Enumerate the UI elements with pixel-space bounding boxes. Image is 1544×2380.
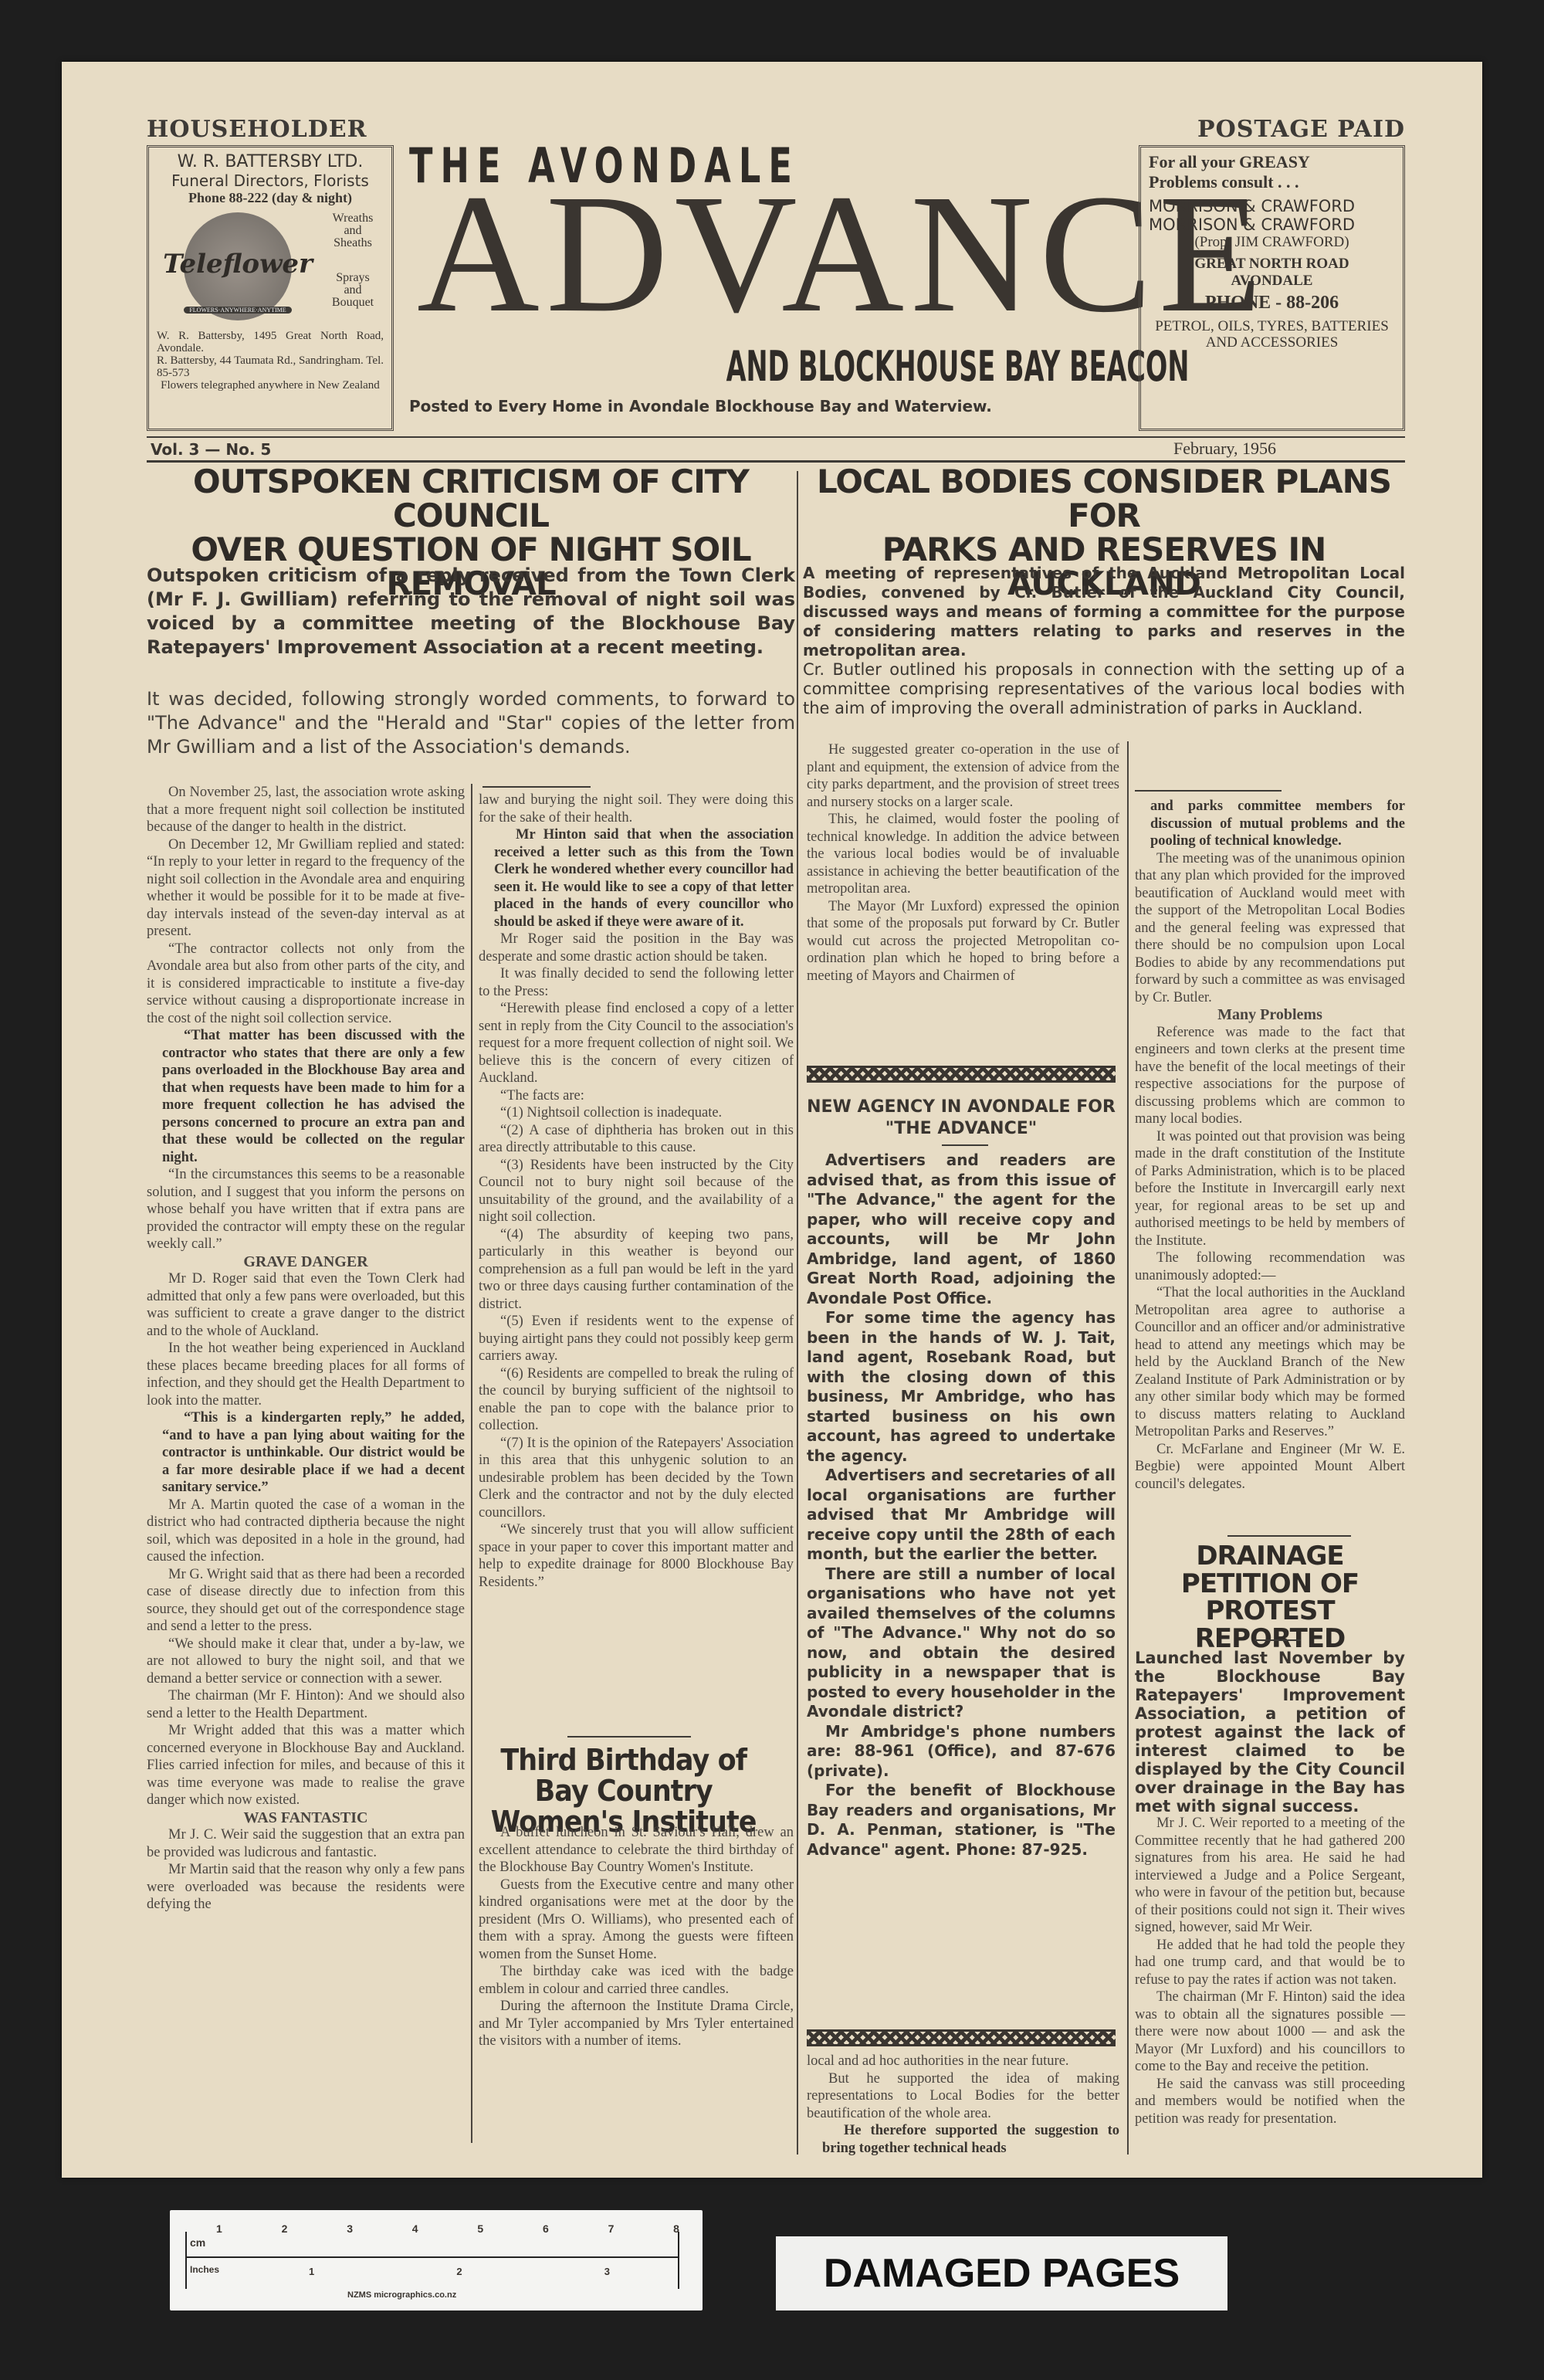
paragraph: Advertisers and secretaries of all local… bbox=[807, 1466, 1116, 1565]
paragraph: “We should make it clear that, under a b… bbox=[147, 1636, 465, 1688]
paragraph: But he supported the idea of making repr… bbox=[807, 2070, 1119, 2123]
paragraph: For the benefit of Blockhouse Bay reader… bbox=[807, 1781, 1116, 1860]
paragraph: There are still a number of local organi… bbox=[807, 1565, 1116, 1722]
ad-address-2: R. Battersby, 44 Taumata Rd., Sandringha… bbox=[157, 354, 384, 379]
paragraph: “(6) Residents are compelled to break th… bbox=[479, 1365, 794, 1435]
ad-r-name2: MORRISON & CRAWFORD bbox=[1149, 215, 1395, 234]
tagline: Posted to Every Home in Avondale Blockho… bbox=[409, 397, 992, 415]
paragraph: Mr D. Roger said that even the Town Cler… bbox=[147, 1270, 465, 1340]
postage-paid-label: POSTAGE PAID bbox=[1197, 116, 1405, 143]
newspaper-page: HOUSEHOLDER POSTAGE PAID W. R. BATTERSBY… bbox=[62, 62, 1482, 2178]
paragraph: For some time the agency has been in the… bbox=[807, 1308, 1116, 1466]
paragraph: “The facts are: bbox=[479, 1087, 794, 1105]
paragraph: “We sincerely trust that you will allow … bbox=[479, 1521, 794, 1591]
ruler-inch-label: Inches bbox=[190, 2264, 219, 2275]
battersby-ad: W. R. BATTERSBY LTD. Funeral Directors, … bbox=[147, 145, 394, 431]
zigzag-divider-top bbox=[807, 1066, 1116, 1083]
paragraph: “(7) It is the opinion of the Ratepayers… bbox=[479, 1435, 794, 1522]
ad-r-name1: MORRISON & CRAWFORD bbox=[1149, 197, 1395, 215]
paragraph: Mr A. Martin quoted the case of a woman … bbox=[147, 1497, 465, 1566]
ad-r-road: GREAT NORTH ROAD bbox=[1149, 256, 1395, 273]
article1-column1: On November 25, last, the association wr… bbox=[147, 784, 465, 1914]
paragraph: This, he claimed, would foster the pooli… bbox=[807, 811, 1119, 898]
ad-company: W. R. BATTERSBY LTD. bbox=[157, 152, 384, 171]
paragraph: Cr. McFarlane and Engineer (Mr W. E. Beg… bbox=[1135, 1441, 1405, 1493]
paragraph: local and ad hoc authorities in the near… bbox=[807, 2053, 1119, 2070]
ruler-cm-ticks: 12345678 bbox=[216, 2222, 679, 2235]
paragraph: Mr Martin said that the reason why only … bbox=[147, 1861, 465, 1914]
paragraph: “(5) Even if residents went to the expen… bbox=[479, 1313, 794, 1365]
paragraph: The chairman (Mr F. Hinton) said the ide… bbox=[1135, 1988, 1405, 2076]
title-sub: AND BLOCKHOUSE BAY BEACON bbox=[726, 342, 1189, 391]
article2-lead: A meeting of representatives of the Auck… bbox=[803, 564, 1405, 660]
paragraph: Mr J. C. Weir said the suggestion that a… bbox=[147, 1826, 465, 1861]
paragraph: Mr J. C. Weir reported to a meeting of t… bbox=[1135, 1815, 1405, 1937]
paragraph: “Herewith please find enclosed a copy of… bbox=[479, 1000, 794, 1087]
ruler-cm-label: cm bbox=[190, 2236, 205, 2249]
paragraph: Reference was made to the fact that engi… bbox=[1135, 1024, 1405, 1128]
teleflower-ribbon: FLOWERS·ANYWHERE·ANYTIME bbox=[184, 307, 292, 314]
ad-phone: Phone 88-222 (day & night) bbox=[157, 190, 384, 206]
ad-address-1: W. R. Battersby, 1495 Great North Road, … bbox=[157, 330, 384, 354]
paragraph: The following recommendation was unanimo… bbox=[1135, 1249, 1405, 1284]
paragraph: “(3) Residents have been instructed by t… bbox=[479, 1157, 794, 1226]
masthead: THE AVONDALE ADVANCE AND BLOCKHOUSE BAY … bbox=[401, 137, 1189, 431]
subhead-was-fantastic: WAS FANTASTIC bbox=[147, 1809, 465, 1827]
paragraph: It was pointed out that provision was be… bbox=[1135, 1128, 1405, 1250]
damaged-pages-label: DAMAGED PAGES bbox=[776, 2236, 1227, 2310]
ruler-brand: NZMS micrographics.co.nz bbox=[347, 2290, 456, 2300]
paragraph: On December 12, Mr Gwilliam replied and … bbox=[147, 836, 465, 941]
paragraph: During the afternoon the Institute Drama… bbox=[479, 1998, 794, 2050]
notice-headline: NEW AGENCY IN AVONDALE FOR "THE ADVANCE" bbox=[807, 1097, 1116, 1140]
paragraph-bold: and parks committee members for discussi… bbox=[1150, 798, 1405, 850]
scale-ruler: cm Inches 12345678 123 NZMS micrographic… bbox=[170, 2210, 703, 2310]
paragraph: “That the local authorities in the Auckl… bbox=[1135, 1284, 1405, 1441]
ad-r-phone: PHONE - 88-206 bbox=[1149, 293, 1395, 314]
article1-lead: Outspoken criticism of a reply received … bbox=[147, 564, 795, 659]
ad-r-prop: (Prop: JIM CRAWFORD) bbox=[1149, 234, 1395, 251]
ad-r-line1: For all your GREASY bbox=[1149, 152, 1395, 172]
notice-body: Advertisers and readers are advised that… bbox=[807, 1151, 1116, 1860]
article3-body: Mr J. C. Weir reported to a meeting of t… bbox=[1135, 1815, 1405, 2127]
paragraph: “(2) A case of diphtheria has broken out… bbox=[479, 1122, 794, 1157]
article2-headline-1: LOCAL BODIES CONSIDER PLANS FOR bbox=[803, 465, 1405, 533]
paragraph: “In the circumstances this seems to be a… bbox=[147, 1166, 465, 1253]
teleflower-logo-text: Teleflower bbox=[161, 249, 315, 280]
article1-headline-1: OUTSPOKEN CRITICISM OF CITY COUNCIL bbox=[147, 465, 795, 533]
paragraph: “(4) The absurdity of keeping two pans, … bbox=[479, 1226, 794, 1314]
article1-column2: law and burying the night soil. They wer… bbox=[479, 792, 794, 1591]
ad-footer: Flowers telegraphed anywhere in New Zeal… bbox=[157, 379, 384, 392]
paragraph-bold: Mr Hinton said that when the association… bbox=[494, 826, 794, 931]
article3-lead: Launched last November by the Blockhouse… bbox=[1135, 1649, 1405, 1816]
paragraph: He said the canvass was still proceeding… bbox=[1135, 2076, 1405, 2128]
paragraph-bold: He therefore supported the suggestion to… bbox=[822, 2122, 1119, 2157]
paragraph: Mr G. Wright said that as there had been… bbox=[147, 1566, 465, 1636]
article3-headline-2: PROTEST REPORTED bbox=[1135, 1598, 1405, 1653]
ad-r-line2: Problems consult . . . bbox=[1149, 172, 1395, 192]
volume-number: Vol. 3 — No. 5 bbox=[151, 440, 271, 459]
paragraph: In the hot weather being experienced in … bbox=[147, 1340, 465, 1409]
paragraph: A buffet luncheon in St. Saviour's Hall,… bbox=[479, 1824, 794, 1877]
article1-lead2: It was decided, following strongly worde… bbox=[147, 687, 795, 759]
morrison-crawford-ad: For all your GREASY Problems consult . .… bbox=[1139, 145, 1405, 431]
article2-column4: and parks committee members for discussi… bbox=[1135, 798, 1405, 1493]
article2-column3-continued: local and ad hoc authorities in the near… bbox=[807, 2053, 1119, 2157]
issue-date: February, 1956 bbox=[1173, 439, 1276, 459]
paragraph: He suggested greater co-operation in the… bbox=[807, 741, 1119, 811]
ad-items-wreaths: WreathsandSheaths bbox=[322, 212, 384, 249]
paragraph: The birthday cake was iced with the badg… bbox=[479, 1963, 794, 1998]
paragraph: “(1) Nightsoil collection is inadequate. bbox=[479, 1104, 794, 1122]
paragraph: The Mayor (Mr Luxford) expressed the opi… bbox=[807, 898, 1119, 985]
birthday-article: A buffet luncheon in St. Saviour's Hall,… bbox=[479, 1824, 794, 2050]
paragraph: The meeting was of the unanimous opinion… bbox=[1135, 850, 1405, 1007]
paragraph: “The contractor collects not only from t… bbox=[147, 941, 465, 1028]
paragraph-bold: “This is a kindergarten reply,” he added… bbox=[162, 1409, 465, 1497]
paragraph: Mr Ambridge's phone numbers are: 88-961 … bbox=[807, 1722, 1116, 1782]
ad-r-suburb: AVONDALE bbox=[1149, 273, 1395, 290]
paragraph: law and burying the night soil. They wer… bbox=[479, 792, 794, 826]
paragraph: Mr Roger said the position in the Bay wa… bbox=[479, 931, 794, 965]
ruler-inch-ticks: 123 bbox=[309, 2266, 610, 2277]
zigzag-divider-bottom bbox=[807, 2029, 1116, 2046]
subhead-grave-danger: GRAVE DANGER bbox=[147, 1253, 465, 1271]
paragraph: Mr Wright added that this was a matter w… bbox=[147, 1722, 465, 1809]
paragraph: Advertisers and readers are advised that… bbox=[807, 1151, 1116, 1308]
paragraph: The chairman (Mr F. Hinton): And we shou… bbox=[147, 1687, 465, 1722]
ad-items-sprays: SpraysandBouquet bbox=[322, 272, 384, 309]
paragraph: It was finally decided to send the follo… bbox=[479, 965, 794, 1000]
ad-services: Funeral Directors, Florists bbox=[157, 171, 384, 190]
paragraph-bold: “That matter has been discussed with the… bbox=[162, 1027, 465, 1166]
article3-headline-1: DRAINAGE PETITION OF bbox=[1135, 1543, 1405, 1598]
ad-r-goods: PETROL, OILS, TYRES, BATTERIES AND ACCES… bbox=[1149, 318, 1395, 351]
paragraph: On November 25, last, the association wr… bbox=[147, 784, 465, 836]
article3-headline: DRAINAGE PETITION OF PROTEST REPORTED bbox=[1135, 1543, 1405, 1653]
householder-label: HOUSEHOLDER bbox=[147, 116, 367, 143]
paragraph: He added that he had told the people the… bbox=[1135, 1937, 1405, 1989]
article2-column3: He suggested greater co-operation in the… bbox=[807, 741, 1119, 985]
subhead-many-problems: Many Problems bbox=[1135, 1006, 1405, 1024]
article2-lead2: Cr. Butler outlined his proposals in con… bbox=[803, 660, 1405, 718]
paragraph: Guests from the Executive centre and man… bbox=[479, 1877, 794, 1964]
